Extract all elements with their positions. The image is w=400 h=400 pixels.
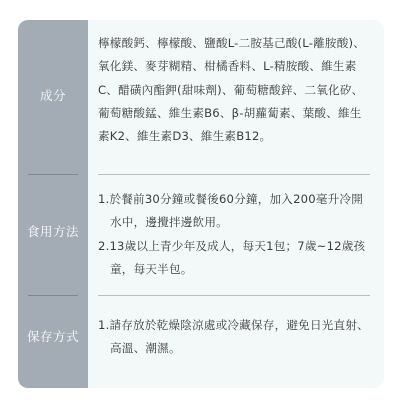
content-divider bbox=[98, 295, 370, 296]
usage-item: 2.13歲以上青少年及成人，每天1包；7歲~12歲孩童，每天半包。 bbox=[98, 235, 370, 282]
storage-list: 1.請存放於乾燥陰涼處或冷藏保存，避免日光直射、高溫、潮濕。 bbox=[98, 314, 370, 361]
usage-list: 1.於餐前30分鐘或餐後60分鐘，加入200毫升冷開水中，邊攪拌邊飲用。 2.1… bbox=[98, 188, 370, 281]
product-info-card: 成分 食用方法 保存方式 檸檬酸鈣、檸檬酸、鹽酸L-二胺基己酸(L-離胺酸)、氧… bbox=[18, 20, 384, 388]
content-divider bbox=[98, 174, 370, 175]
label-divider bbox=[28, 295, 78, 296]
ingredients-text: 檸檬酸鈣、檸檬酸、鹽酸L-二胺基己酸(L-離胺酸)、氧化鎂、麥芽糊精、柑橘香料、… bbox=[98, 32, 370, 148]
section-label-column: 成分 食用方法 保存方式 bbox=[18, 20, 88, 388]
usage-item: 1.於餐前30分鐘或餐後60分鐘，加入200毫升冷開水中，邊攪拌邊飲用。 bbox=[98, 188, 370, 235]
label-ingredients: 成分 bbox=[18, 86, 88, 104]
label-usage: 食用方法 bbox=[18, 222, 88, 240]
storage-item: 1.請存放於乾燥陰涼處或冷藏保存，避免日光直射、高溫、潮濕。 bbox=[98, 314, 370, 361]
label-divider bbox=[28, 174, 78, 175]
section-content-column: 檸檬酸鈣、檸檬酸、鹽酸L-二胺基己酸(L-離胺酸)、氧化鎂、麥芽糊精、柑橘香料、… bbox=[88, 20, 384, 388]
label-storage: 保存方式 bbox=[18, 327, 88, 345]
